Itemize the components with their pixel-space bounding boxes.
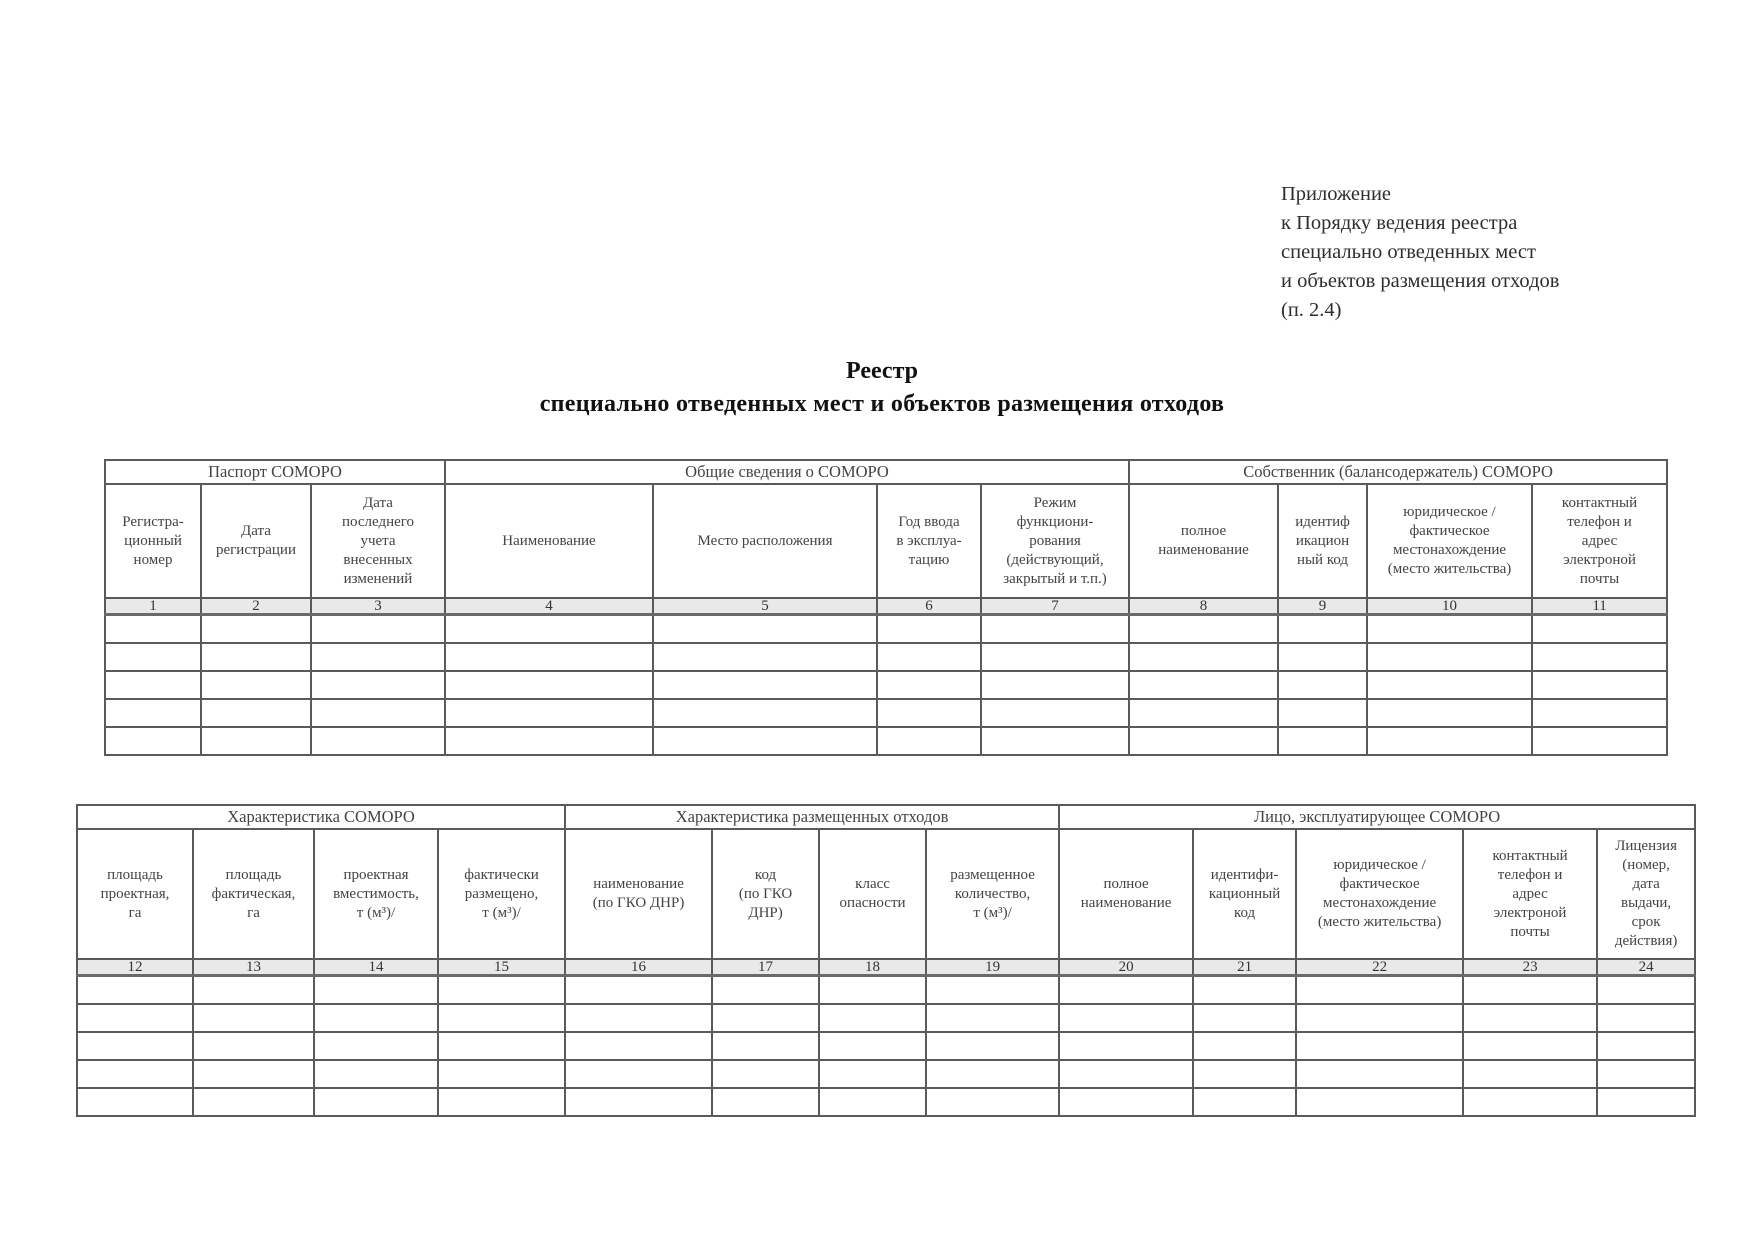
table-cell[interactable] (105, 727, 201, 755)
table-cell[interactable] (314, 1088, 438, 1116)
table-cell[interactable] (653, 727, 877, 755)
table-cell[interactable] (1597, 1004, 1695, 1032)
table-cell[interactable] (1193, 1088, 1296, 1116)
column-number: 13 (193, 959, 314, 976)
title-line-2: специально отведенных мест и объектов ра… (0, 388, 1754, 421)
table-cell[interactable] (311, 615, 445, 644)
table-cell[interactable] (311, 727, 445, 755)
column-group-row: Паспорт СОМОРООбщие сведения о СОМОРОСоб… (105, 460, 1667, 484)
table-cell[interactable] (565, 976, 712, 1005)
table-cell[interactable] (877, 643, 981, 671)
table-cell[interactable] (1463, 1004, 1597, 1032)
table-row (105, 727, 1667, 755)
table-cell[interactable] (314, 1032, 438, 1060)
table-cell[interactable] (77, 1032, 193, 1060)
column-number: 18 (819, 959, 926, 976)
table-row (105, 699, 1667, 727)
column-header: Датарегистрации (201, 484, 311, 598)
table-cell[interactable] (77, 976, 193, 1005)
table-cell[interactable] (1296, 976, 1463, 1005)
table-cell[interactable] (877, 615, 981, 644)
column-group-header: Характеристика размещенных отходов (565, 805, 1059, 829)
column-header: полноенаименование (1129, 484, 1278, 598)
table-cell[interactable] (1129, 727, 1278, 755)
column-number: 7 (981, 598, 1129, 615)
column-header-row: Регистра-ционныйномерДатарегистрацииДата… (105, 484, 1667, 598)
column-header: Лицензия(номер,датавыдачи,срокдействия) (1597, 829, 1695, 959)
column-header: контактныйтелефон иадресэлектронойпочты (1532, 484, 1667, 598)
column-header: Наименование (445, 484, 653, 598)
table-cell[interactable] (438, 1004, 565, 1032)
table-cell[interactable] (653, 643, 877, 671)
table-cell[interactable] (877, 671, 981, 699)
table-cell[interactable] (926, 1060, 1059, 1088)
table-row (77, 1004, 1695, 1032)
table-cell[interactable] (1532, 727, 1667, 755)
table-cell[interactable] (445, 671, 653, 699)
table-cell[interactable] (1463, 1032, 1597, 1060)
column-header: Место расположения (653, 484, 877, 598)
column-number: 19 (926, 959, 1059, 976)
table-cell[interactable] (445, 727, 653, 755)
column-number: 21 (1193, 959, 1296, 976)
column-group-header: Паспорт СОМОРО (105, 460, 445, 484)
table-cell[interactable] (712, 1004, 819, 1032)
column-number: 17 (712, 959, 819, 976)
table-cell[interactable] (193, 1060, 314, 1088)
table-cell[interactable] (1296, 1004, 1463, 1032)
table-cell[interactable] (819, 1032, 926, 1060)
column-header: юридическое /фактическоеместонахождение(… (1367, 484, 1532, 598)
appendix-line: к Порядку ведения реестра (1281, 209, 1559, 238)
table-cell[interactable] (877, 727, 981, 755)
table-cell[interactable] (105, 671, 201, 699)
column-header: наименование(по ГКО ДНР) (565, 829, 712, 959)
table-cell[interactable] (1059, 1032, 1193, 1060)
column-number: 15 (438, 959, 565, 976)
document-title: Реестр специально отведенных мест и объе… (0, 355, 1754, 421)
column-number: 10 (1367, 598, 1532, 615)
column-number: 3 (311, 598, 445, 615)
table-cell[interactable] (1193, 1060, 1296, 1088)
column-number: 23 (1463, 959, 1597, 976)
table-cell[interactable] (438, 1032, 565, 1060)
table-row (77, 1088, 1695, 1116)
column-group-header: Характеристика СОМОРО (77, 805, 565, 829)
table-cell[interactable] (1278, 671, 1367, 699)
table-cell[interactable] (819, 976, 926, 1005)
table-cell[interactable] (981, 643, 1129, 671)
table-cell[interactable] (201, 727, 311, 755)
table-cell[interactable] (1532, 699, 1667, 727)
table-cell[interactable] (1463, 1088, 1597, 1116)
column-group-row: Характеристика СОМОРОХарактеристика разм… (77, 805, 1695, 829)
table-cell[interactable] (1193, 1004, 1296, 1032)
column-number: 4 (445, 598, 653, 615)
title-line-1: Реестр (0, 355, 1754, 388)
column-number: 1 (105, 598, 201, 615)
column-number: 5 (653, 598, 877, 615)
column-header-row: площадьпроектная,гаплощадьфактическая,га… (77, 829, 1695, 959)
table-cell[interactable] (1059, 1060, 1193, 1088)
table-cell[interactable] (445, 643, 653, 671)
table-cell[interactable] (201, 643, 311, 671)
table-cell[interactable] (819, 1004, 926, 1032)
column-group-header: Собственник (балансодержатель) СОМОРО (1129, 460, 1667, 484)
table-cell[interactable] (201, 699, 311, 727)
table-cell[interactable] (438, 1088, 565, 1116)
table-row (77, 1032, 1695, 1060)
table-cell[interactable] (193, 976, 314, 1005)
table-cell[interactable] (193, 1032, 314, 1060)
table-cell[interactable] (1597, 1060, 1695, 1088)
column-number-row: 1234567891011 (105, 598, 1667, 615)
table-cell[interactable] (1278, 643, 1367, 671)
column-header: Регистра-ционныйномер (105, 484, 201, 598)
table-cell[interactable] (1532, 615, 1667, 644)
column-header: фактическиразмещено,т (м³)/ (438, 829, 565, 959)
column-header: Год вводав эксплуа-тацию (877, 484, 981, 598)
table-cell[interactable] (1367, 615, 1532, 644)
table-cell[interactable] (1193, 976, 1296, 1005)
column-number-row: 12131415161718192021222324 (77, 959, 1695, 976)
column-number: 24 (1597, 959, 1695, 976)
table-cell[interactable] (981, 615, 1129, 644)
column-number: 12 (77, 959, 193, 976)
column-header: идентифи-кационныйкод (1193, 829, 1296, 959)
table-cell[interactable] (77, 1088, 193, 1116)
table-cell[interactable] (1296, 1032, 1463, 1060)
table-cell[interactable] (1597, 1088, 1695, 1116)
table-cell[interactable] (877, 699, 981, 727)
appendix-note: Приложение к Порядку ведения реестра спе… (1281, 180, 1559, 325)
table-cell[interactable] (1367, 643, 1532, 671)
table-cell[interactable] (653, 699, 877, 727)
table-cell[interactable] (565, 1088, 712, 1116)
column-header: юридическое /фактическоеместонахождение(… (1296, 829, 1463, 959)
table-cell[interactable] (1296, 1060, 1463, 1088)
table-cell[interactable] (1532, 671, 1667, 699)
table-cell[interactable] (1278, 615, 1367, 644)
column-number: 6 (877, 598, 981, 615)
appendix-line: и объектов размещения отходов (1281, 267, 1559, 296)
table-cell[interactable] (105, 643, 201, 671)
column-group-header: Лицо, эксплуатирующее СОМОРО (1059, 805, 1695, 829)
table-cell[interactable] (1059, 976, 1193, 1005)
table-cell[interactable] (193, 1004, 314, 1032)
table-cell[interactable] (1367, 727, 1532, 755)
table-cell[interactable] (1059, 1004, 1193, 1032)
table-cell[interactable] (981, 671, 1129, 699)
table-row (77, 1060, 1695, 1088)
column-header: размещенноеколичество,т (м³)/ (926, 829, 1059, 959)
table-cell[interactable] (926, 976, 1059, 1005)
table-cell[interactable] (201, 615, 311, 644)
table-cell[interactable] (565, 1032, 712, 1060)
table-cell[interactable] (1532, 643, 1667, 671)
registry-table-characteristics-operator: Характеристика СОМОРОХарактеристика разм… (76, 804, 1696, 1117)
column-header: проектнаявместимость,т (м³)/ (314, 829, 438, 959)
column-header: классопасности (819, 829, 926, 959)
table-cell[interactable] (314, 1004, 438, 1032)
column-header: Режимфункциони-рования(действующий,закры… (981, 484, 1129, 598)
table-cell[interactable] (193, 1088, 314, 1116)
table-cell[interactable] (981, 699, 1129, 727)
table-cell[interactable] (1129, 615, 1278, 644)
column-number: 22 (1296, 959, 1463, 976)
table-cell[interactable] (445, 699, 653, 727)
column-number: 2 (201, 598, 311, 615)
table-cell[interactable] (653, 615, 877, 644)
table-cell[interactable] (1129, 699, 1278, 727)
registry-table-passport-owner: Паспорт СОМОРООбщие сведения о СОМОРОСоб… (104, 459, 1668, 756)
table-cell[interactable] (712, 1032, 819, 1060)
table-cell[interactable] (1193, 1032, 1296, 1060)
table-cell[interactable] (77, 1004, 193, 1032)
table-cell[interactable] (926, 1032, 1059, 1060)
table-cell[interactable] (314, 1060, 438, 1088)
table-row (105, 615, 1667, 644)
column-number: 14 (314, 959, 438, 976)
table-cell[interactable] (311, 643, 445, 671)
table-cell[interactable] (926, 1004, 1059, 1032)
table-row (77, 976, 1695, 1005)
table-cell[interactable] (1367, 671, 1532, 699)
appendix-line: Приложение (1281, 180, 1559, 209)
column-header: полноенаименование (1059, 829, 1193, 959)
table-cell[interactable] (105, 699, 201, 727)
column-number: 8 (1129, 598, 1278, 615)
table-cell[interactable] (981, 727, 1129, 755)
table-cell[interactable] (712, 1088, 819, 1116)
appendix-line: специально отведенных мест (1281, 238, 1559, 267)
table-cell[interactable] (1367, 699, 1532, 727)
table-row (105, 643, 1667, 671)
table-cell[interactable] (201, 671, 311, 699)
table-cell[interactable] (1278, 727, 1367, 755)
table-cell[interactable] (1463, 976, 1597, 1005)
column-number: 16 (565, 959, 712, 976)
table-cell[interactable] (1597, 976, 1695, 1005)
table-cell[interactable] (565, 1004, 712, 1032)
table-cell[interactable] (712, 976, 819, 1005)
column-number: 20 (1059, 959, 1193, 976)
column-header: код(по ГКОДНР) (712, 829, 819, 959)
column-number: 9 (1278, 598, 1367, 615)
table-cell[interactable] (1129, 643, 1278, 671)
table-cell[interactable] (819, 1088, 926, 1116)
table-cell[interactable] (1296, 1088, 1463, 1116)
table-cell[interactable] (926, 1088, 1059, 1116)
table-cell[interactable] (653, 671, 877, 699)
column-header: Датапоследнегоучетавнесенныхизменений (311, 484, 445, 598)
table-cell[interactable] (438, 976, 565, 1005)
table-cell[interactable] (314, 976, 438, 1005)
table-cell[interactable] (1463, 1060, 1597, 1088)
table-row (105, 671, 1667, 699)
table-cell[interactable] (565, 1060, 712, 1088)
table-cell[interactable] (311, 671, 445, 699)
table-cell[interactable] (712, 1060, 819, 1088)
column-header: площадьпроектная,га (77, 829, 193, 959)
appendix-line: (п. 2.4) (1281, 296, 1559, 325)
column-header: контактныйтелефон иадресэлектронойпочты (1463, 829, 1597, 959)
column-header: идентификационный код (1278, 484, 1367, 598)
table-cell[interactable] (445, 615, 653, 644)
table-cell[interactable] (311, 699, 445, 727)
column-header: площадьфактическая,га (193, 829, 314, 959)
column-group-header: Общие сведения о СОМОРО (445, 460, 1129, 484)
table-cell[interactable] (819, 1060, 926, 1088)
table-cell[interactable] (438, 1060, 565, 1088)
table-cell[interactable] (77, 1060, 193, 1088)
column-number: 11 (1532, 598, 1667, 615)
table-cell[interactable] (1059, 1088, 1193, 1116)
table-cell[interactable] (1129, 671, 1278, 699)
table-cell[interactable] (1278, 699, 1367, 727)
table-cell[interactable] (1597, 1032, 1695, 1060)
table-cell[interactable] (105, 615, 201, 644)
